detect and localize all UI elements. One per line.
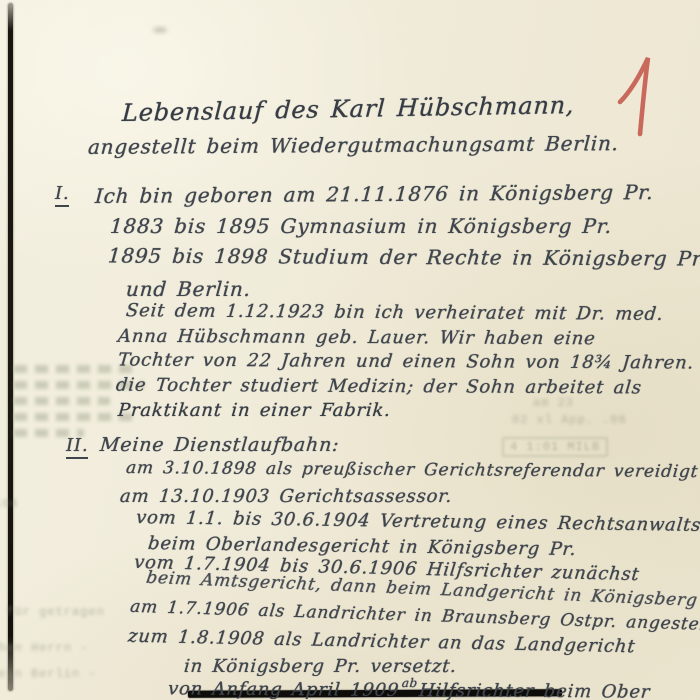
paper-smudge bbox=[153, 27, 167, 33]
section-1-line: Tochter von 22 Jahren und einen Sohn von… bbox=[117, 350, 695, 373]
document-subtitle: angestellt beim Wiedergutmachungsamt Ber… bbox=[87, 132, 619, 158]
bleedthrough-fragment: wein Berlin - bbox=[0, 667, 97, 681]
bleedthrough-fragment: 02 xl App. .06 bbox=[512, 413, 627, 427]
section-2-line: am 13.10.1903 Gerichtsassessor. bbox=[119, 487, 453, 507]
section-1-line: Anna Hübschmann geb. Lauer. Wir haben ei… bbox=[117, 327, 596, 349]
insertion-above-line: ab bbox=[401, 676, 418, 690]
section-2-line: in Königsberg Pr. versetzt. bbox=[183, 657, 458, 677]
section-2-line: vom 1.1. bis 30.6.1904 Vertretung eines … bbox=[135, 508, 700, 536]
red-page-number-icon bbox=[604, 46, 674, 142]
section-1-line: die Tochter studiert Medizin; der Sohn a… bbox=[115, 376, 643, 399]
last-line-start: von Anfang April 1909 bbox=[167, 678, 400, 700]
bleedthrough-fragment: l für getragen bbox=[0, 605, 105, 619]
section-2-heading: Meine Dienstlaufbahn: bbox=[99, 435, 340, 456]
section-2-line: am 3.10.1898 als preußischer Gerichtsref… bbox=[125, 459, 699, 482]
section-1-line: Praktikant in einer Fabrik. bbox=[117, 401, 391, 421]
section-1-line: 1883 bis 1895 Gymnasium in Königsberg Pr… bbox=[109, 215, 613, 237]
section-1-line: 1895 bis 1898 Studium der Rechte in Köni… bbox=[107, 244, 700, 269]
bleedthrough-fragment: chen Herrn - bbox=[0, 641, 88, 655]
bleedthrough-fragment: am 23 bbox=[533, 396, 574, 410]
section-1-line: Ich bin geboren am 21.11.1876 in Königsb… bbox=[94, 181, 654, 207]
document-title: Lebenslauf des Karl Hübschmann, bbox=[121, 92, 575, 126]
scanned-document-page: 1 am 23 02 xl App. .06 4 1:01 MILB 104 l… bbox=[0, 0, 700, 700]
section-2-line: zum 1.8.1908 als Landrichter an das Land… bbox=[127, 627, 636, 657]
section-2-line-cutoff: von Anfang April 1909abHilfsrichter beim… bbox=[167, 679, 651, 700]
section-1-line: und Berlin. bbox=[125, 278, 251, 300]
section-1-numeral: I. bbox=[55, 184, 69, 207]
scan-edge-bar bbox=[8, 3, 13, 691]
bleedthrough-fragment: 104 bbox=[0, 497, 19, 511]
section-2-numeral: II. bbox=[66, 436, 88, 459]
bleedthrough-stamp-box: 4 1:01 MILB bbox=[502, 437, 608, 457]
section-1-line: Seit dem 1.12.1923 bin ich verheiratet m… bbox=[125, 301, 664, 325]
last-line-end: Hilfsrichter beim Ober bbox=[418, 680, 651, 700]
